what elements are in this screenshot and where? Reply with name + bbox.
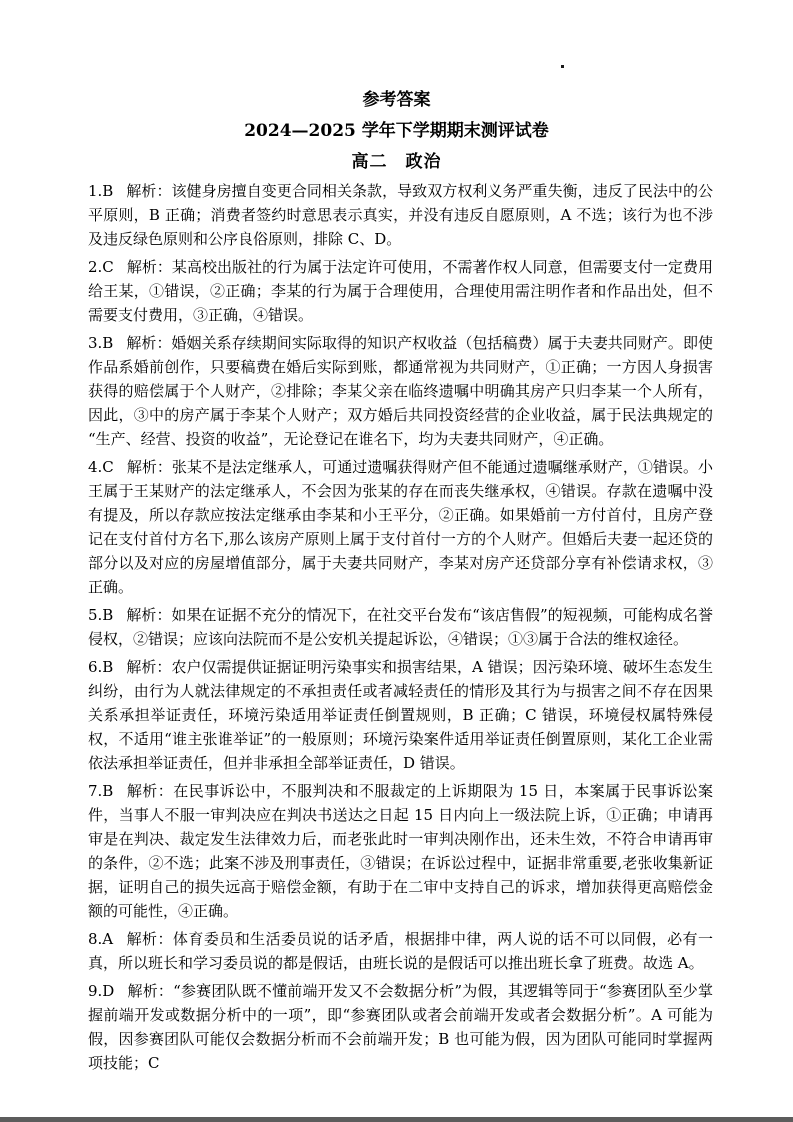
answer-item-5: 5.B解析：如果在证据不充分的情况下，在社交平台发布“该店售假”的短视频，可能构… [88,603,713,651]
answer-analysis-9: 解析：“参赛团队既不懂前端开发又不会数据分析”为假，其逻辑等同于“参赛团队至少掌… [88,982,713,1072]
answer-analysis-5: 解析：如果在证据不充分的情况下，在社交平台发布“该店售假”的短视频，可能构成名誉… [88,606,713,648]
answer-item-3: 3.B解析：婚姻关系存续期间实际取得的知识产权收益（包括稿费）属于夫妻共同财产。… [88,331,713,451]
answer-analysis-2: 解析：某高校出版社的行为属于法定许可使用，不需著作权人同意，但需要支付一定费用给… [88,258,713,324]
answer-number-2: 2.C [88,258,114,276]
answer-number-1: 1.B [88,182,113,200]
answer-number-7: 7.B [88,782,113,800]
answers-body: 1.B解析：该健身房擅自变更合同相关条款，导致双方权利义务严重失衡，违反了民法中… [88,179,713,1075]
answer-analysis-7: 解析：在民事诉讼中，不服判决和不服裁定的上诉期限为 15 日，本案属于民事诉讼案… [88,782,713,920]
document-page: 参考答案 2024—2025 学年下学期期末测评试卷 高二 政治 1.B解析：该… [0,0,793,1122]
answer-number-6: 6.B [88,658,113,676]
page-bottom-edge [0,1117,793,1122]
answer-analysis-4: 解析：张某不是法定继承人，可通过遗嘱获得财产但不能通过遗嘱继承财产，①错误。小王… [88,458,713,596]
grade-subject-line: 高二 政治 [0,152,793,172]
answer-number-3: 3.B [88,334,113,352]
stray-dot-mark [561,65,564,68]
answer-number-5: 5.B [88,606,113,624]
answer-analysis-1: 解析：该健身房擅自变更合同相关条款，导致双方权利义务严重失衡，违反了民法中的公平… [88,182,713,248]
page-title: 参考答案 [0,90,793,110]
answer-item-7: 7.B解析：在民事诉讼中，不服判决和不服裁定的上诉期限为 15 日，本案属于民事… [88,779,713,923]
answer-analysis-6: 解析：农户仅需提供证据证明污染事实和损害结果，A 错误；因污染环境、破坏生态发生… [88,658,713,772]
exam-subtitle: 2024—2025 学年下学期期末测评试卷 [0,121,793,141]
answer-item-6: 6.B解析：农户仅需提供证据证明污染事实和损害结果，A 错误；因污染环境、破坏生… [88,655,713,775]
answer-item-9: 9.D解析：“参赛团队既不懂前端开发又不会数据分析”为假，其逻辑等同于“参赛团队… [88,979,713,1075]
answer-item-8: 8.A解析：体育委员和生活委员说的话矛盾，根据排中律，两人说的话不可以同假，必有… [88,927,713,975]
answer-item-1: 1.B解析：该健身房擅自变更合同相关条款，导致双方权利义务严重失衡，违反了民法中… [88,179,713,251]
answer-analysis-3: 解析：婚姻关系存续期间实际取得的知识产权收益（包括稿费）属于夫妻共同财产。即使作… [88,334,713,448]
answer-number-4: 4.C [88,458,114,476]
answer-item-2: 2.C解析：某高校出版社的行为属于法定许可使用，不需著作权人同意，但需要支付一定… [88,255,713,327]
document-header: 参考答案 2024—2025 学年下学期期末测评试卷 高二 政治 [0,0,793,172]
answer-item-4: 4.C解析：张某不是法定继承人，可通过遗嘱获得财产但不能通过遗嘱继承财产，①错误… [88,455,713,599]
answer-number-8: 8.A [88,930,113,948]
answer-number-9: 9.D [88,982,114,1000]
answer-analysis-8: 解析：体育委员和生活委员说的话矛盾，根据排中律，两人说的话不可以同假，必有一真，… [88,930,713,972]
